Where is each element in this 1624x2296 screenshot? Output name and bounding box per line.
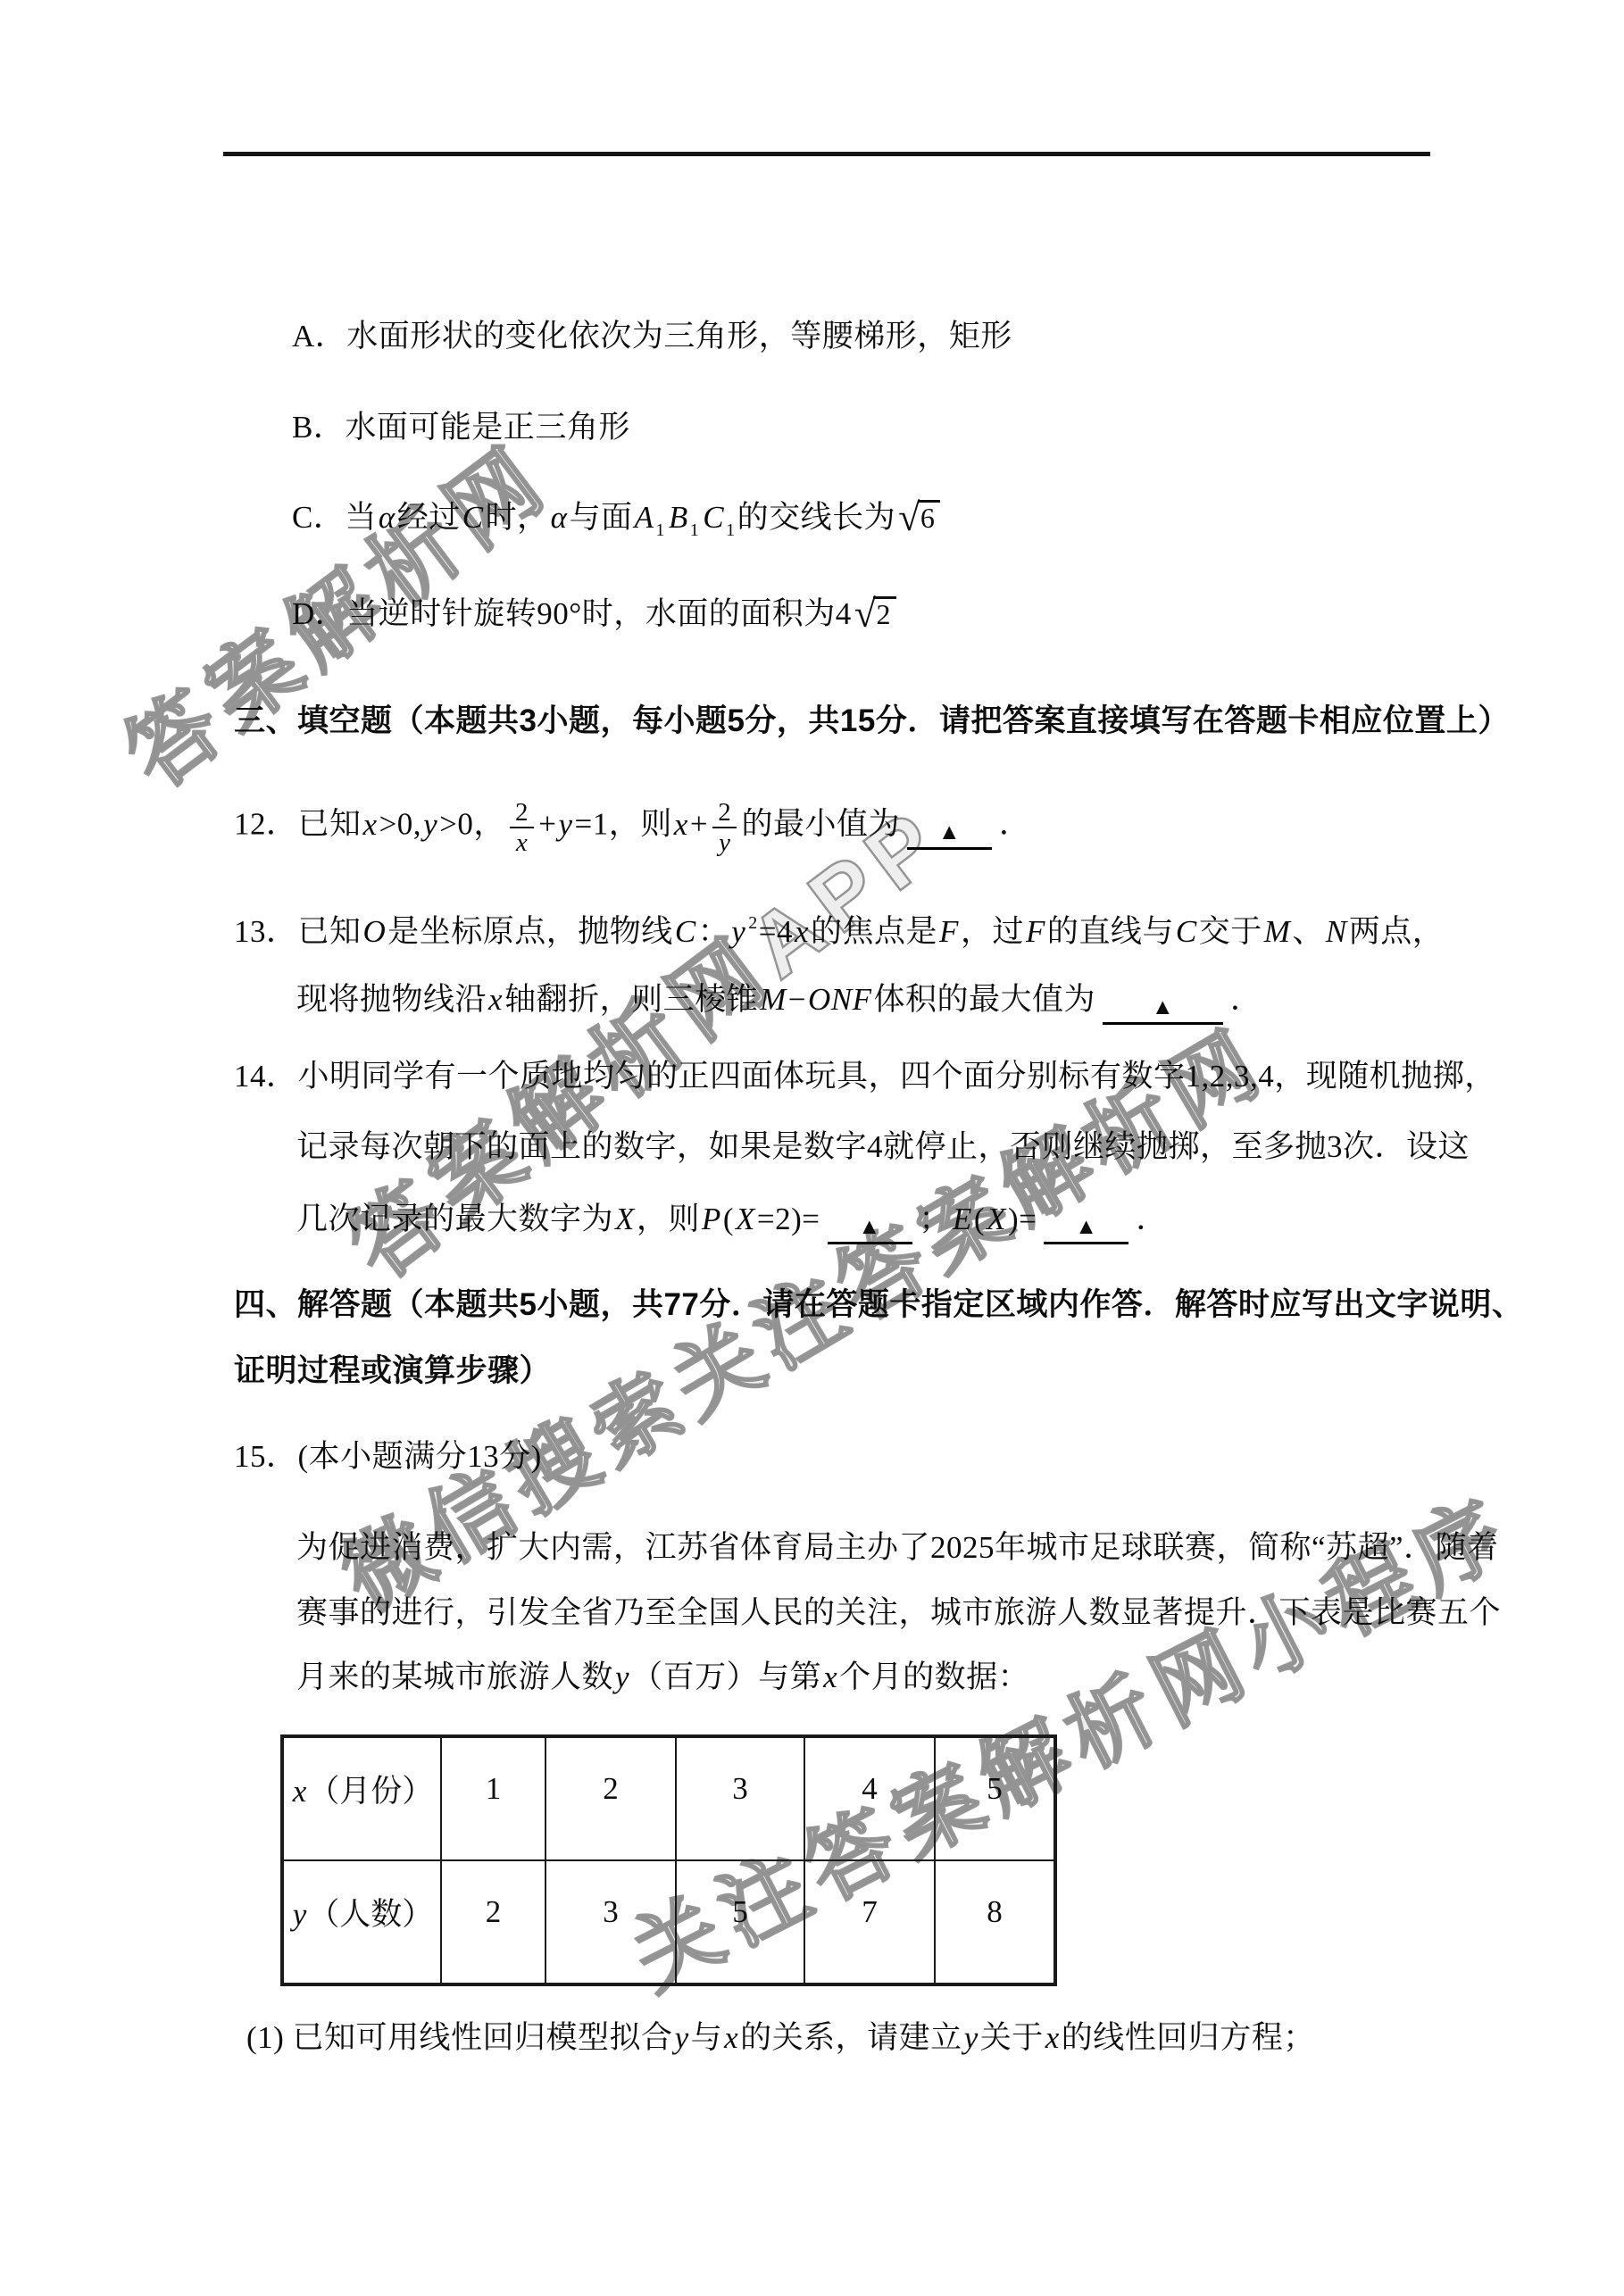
question-14-line-1: 14．小明同学有一个质地均匀的正四面体玩具，四个面分别标有数字1,2,3,4，现… [234,1059,1496,1094]
option-a: A．水面形状的变化依次为三角形，等腰梯形，矩形 [292,319,1012,354]
table-cell: 8 [935,1860,1055,1984]
table-cell: 5 [935,1736,1055,1860]
exam-page: 答案解析网 答案解析网APP 微信搜索关注答案解析网 关注答案解析网小程序 A．… [0,0,1624,2296]
question-15-paragraph-line-1: 为促进消费，扩大内需，江苏省体育局主办了2025年城市足球联赛，简称“苏超”．随… [296,1530,1499,1566]
option-c: C．当α经过C时，α与面A1B1C1的交线长为√6 [292,500,940,548]
answer-blank: ▲ [1103,992,1223,1025]
question-15-paragraph-line-2: 赛事的进行，引发全省乃至全国人民的关注，城市旅游人数显著提升．下表是比赛五个 [296,1595,1501,1631]
table-row-label: x（月份） [282,1736,441,1860]
question-13-line-1: 13．已知O是坐标原点，抛物线C：y2=4x的焦点是F，过F的直线与C交于M、N… [234,905,1444,950]
header-rule [223,152,1430,156]
section-3-heading: 三、填空题（本题共3小题，每小题5分，共15分．请把答案直接填写在答题卡相应位置… [234,703,1510,739]
answer-blank: ▲ [1044,1211,1128,1244]
section-4-heading-line-1: 四、解答题（本题共5小题，共77分．请在答题卡指定区域内作答．解答时应写出文字说… [234,1287,1523,1323]
question-14-line-3: 几次记录的最大数字为X，则P(X=2)=▲；E(X)=▲． [296,1202,1168,1244]
question-15-heading: 15．(本小题满分13分) [234,1439,542,1475]
table-cell: 3 [676,1736,804,1860]
question-14-line-2: 记录每次朝下的面上的数字，如果是数字4就停止，否则继续抛掷，至多抛3次．设这 [296,1129,1470,1165]
question-13-line-2: 现将抛物线沿x轴翻折，则三棱锥M−ONF体积的最大值为▲． [296,982,1262,1025]
option-d: D．当逆时针旋转90°时，水面的面积为4√2 [292,596,896,632]
data-table-body: x（月份）12345y（人数）23578 [282,1736,1055,1984]
table-cell: 5 [676,1860,804,1984]
answer-blank: ▲ [907,817,992,850]
question-15-paragraph-line-3: 月来的某城市旅游人数y（百万）与第x个月的数据： [296,1660,1029,1695]
section-4-heading-line-2: 证明过程或演算步骤） [234,1353,551,1389]
table-row: y（人数）23578 [282,1860,1055,1984]
table-cell: 3 [545,1860,676,1984]
table-cell: 1 [441,1736,545,1860]
table-cell: 4 [804,1736,935,1860]
option-b: B．水面可能是正三角形 [292,410,630,445]
data-table: x（月份）12345y（人数）23578 [280,1734,1057,1986]
answer-blank: ▲ [828,1211,912,1244]
table-cell: 2 [545,1736,676,1860]
table-row-label: y（人数） [282,1860,441,1984]
question-15-part-1: (1) 已知可用线性回归模型拟合y与x的关系，请建立y关于x的线性回归方程； [246,2020,1315,2056]
table-cell: 7 [804,1860,935,1984]
question-12: 12．已知x>0,y>0，2x+y=1，则x+2y的最小值为▲． [234,797,1030,857]
table-cell: 2 [441,1860,545,1984]
table-row: x（月份）12345 [282,1736,1055,1860]
